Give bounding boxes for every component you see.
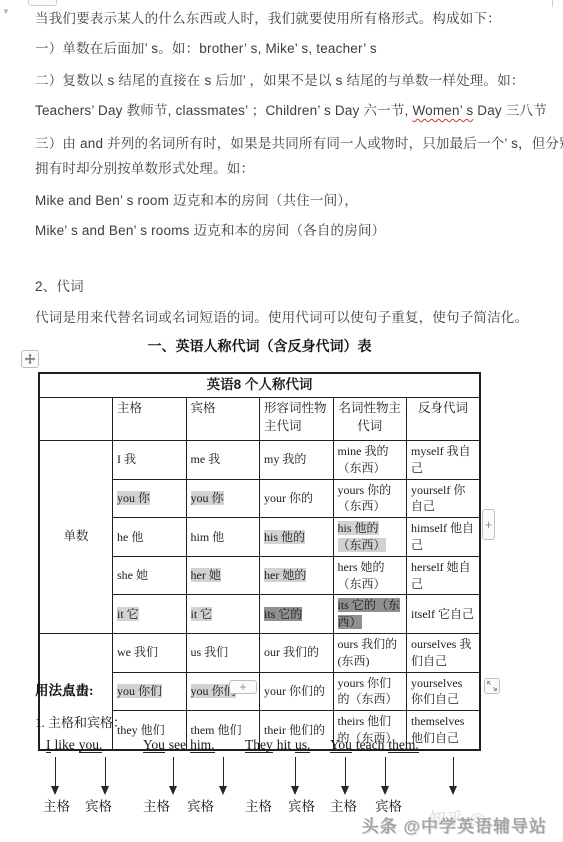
table-cell: myself 我自己 bbox=[407, 441, 481, 480]
table-cell: its 它的 bbox=[260, 595, 334, 634]
section-heading: 2、代词 bbox=[35, 275, 84, 295]
table-cell-text: his 他的 bbox=[264, 530, 305, 544]
paragraph: Teachers’ Day 教师节, classmates’ ；Children… bbox=[35, 99, 547, 119]
paragraph-text: Day 三八节 bbox=[473, 103, 547, 118]
table-row: 单数I 我me 我my 我的mine 我的（东西）myself 我自己 bbox=[39, 441, 480, 480]
table-cell: yourselves 你们自己 bbox=[407, 672, 481, 711]
table-cell-text: its 它的 bbox=[264, 607, 302, 621]
table-cell-text: we 我们 bbox=[117, 645, 158, 659]
table-cell: ourselves 我们自己 bbox=[407, 633, 481, 672]
case-label: 主格 bbox=[330, 795, 357, 815]
table-cell-text: you 你 bbox=[117, 491, 150, 505]
table-cell: himself 他自己 bbox=[407, 518, 481, 557]
example-sentence: Theyhitus. bbox=[245, 737, 314, 753]
table-cell-text: us 我们 bbox=[191, 645, 229, 659]
table-cell: you 你们 bbox=[113, 672, 187, 711]
table-group-label: 单数 bbox=[39, 441, 113, 634]
table-cell: it 它 bbox=[113, 595, 187, 634]
table-cell: my 我的 bbox=[260, 441, 334, 480]
paragraph: 当我们要表示某人的什么东西或人时，我们就要使用所有格形式。构成如下： bbox=[35, 7, 501, 27]
down-arrow-icon bbox=[291, 757, 300, 795]
usage-heading: 用法点击: bbox=[35, 679, 94, 699]
paragraph: Mike’ s and Ben’ s rooms 迈克和本的房间（各自的房间） bbox=[35, 219, 385, 239]
table-cell-text: mine 我的（东西） bbox=[338, 444, 389, 475]
down-arrow-icon bbox=[381, 757, 390, 795]
table-cell-text: hers 她的（东西） bbox=[338, 560, 386, 591]
table-cell-text: she 她 bbox=[117, 568, 148, 582]
table-cell: yourself 你自己 bbox=[407, 479, 481, 518]
underlined-word: us. bbox=[295, 737, 310, 753]
table-cell: his 他的 bbox=[260, 518, 334, 557]
underlined-word: you. bbox=[79, 737, 103, 753]
table-cell: me 我 bbox=[186, 441, 260, 480]
table-cell-text: myself 我自己 bbox=[411, 444, 471, 475]
underlined-word: them. bbox=[388, 737, 418, 753]
table-cell-text: her 她的 bbox=[264, 568, 306, 582]
table-cell: ours 我们的(东西) bbox=[333, 633, 407, 672]
watermark: 头条 @中学英语辅导站 bbox=[362, 812, 547, 837]
table-cell-text: it 它 bbox=[191, 607, 213, 621]
down-arrow-icon bbox=[51, 757, 60, 795]
table-cell-text: I 我 bbox=[117, 452, 136, 466]
underlined-word: him. bbox=[190, 737, 214, 753]
table-header-cell: 名词性物主代词 bbox=[333, 398, 407, 441]
table-cell-text: itself 它自己 bbox=[411, 607, 474, 621]
table-move-handle-icon[interactable] bbox=[21, 350, 39, 368]
table-cell: her 她 bbox=[186, 556, 260, 595]
example-sentence: Youteachthem. bbox=[330, 737, 423, 753]
table-title: 英语8 个人称代词 bbox=[39, 373, 480, 398]
word: teach bbox=[356, 737, 384, 752]
case-label: 宾格 bbox=[85, 795, 112, 815]
pronoun-table: 英语8 个人称代词主格宾格形容词性物主代词名词性物主代词反身代词单数I 我me … bbox=[38, 372, 481, 751]
insert-row-button[interactable]: + bbox=[229, 680, 257, 694]
table-cell: mine 我的（东西） bbox=[333, 441, 407, 480]
table-header-row: 主格宾格形容词性物主代词名词性物主代词反身代词 bbox=[39, 398, 480, 441]
insert-column-button[interactable]: + bbox=[482, 509, 495, 540]
table-cell-text: himself 他自己 bbox=[411, 521, 474, 552]
underlined-word: You bbox=[143, 737, 165, 753]
example-sentence: Youseehim. bbox=[143, 737, 219, 753]
table-cell-text: yourself 你自己 bbox=[411, 483, 465, 514]
table-header-cell: 宾格 bbox=[186, 398, 260, 441]
table-corner-cell bbox=[39, 398, 113, 441]
table-header-cell: 主格 bbox=[113, 398, 187, 441]
down-arrow-icon bbox=[219, 757, 228, 795]
table-cell: your 你的 bbox=[260, 479, 334, 518]
table-cell-text: you 你 bbox=[191, 491, 224, 505]
table-cell: herself 她自己 bbox=[407, 556, 481, 595]
table-cell: you 你 bbox=[186, 479, 260, 518]
table-resize-handle-icon[interactable] bbox=[484, 678, 500, 694]
table-cell: he 他 bbox=[113, 518, 187, 557]
case-label: 主格 bbox=[43, 795, 70, 815]
table-cell-text: you 你们 bbox=[117, 684, 162, 698]
table-caption: 一、英语人称代词（含反身代词）表 bbox=[38, 336, 481, 356]
paragraph: 三）由 and 并列的名词所有时，如果是共同所有同一人或物时，只加最后一个’ s… bbox=[35, 132, 563, 152]
word: like bbox=[55, 737, 75, 752]
page-edge-fragment bbox=[552, 0, 553, 7]
table-cell: us 我们 bbox=[186, 633, 260, 672]
underlined-word: They bbox=[245, 737, 273, 753]
move-icon bbox=[24, 353, 36, 365]
spellcheck-flagged-word: Women’ s bbox=[412, 103, 473, 118]
table-cell: I 我 bbox=[113, 441, 187, 480]
table-cell: you 你 bbox=[113, 479, 187, 518]
down-arrow-icon bbox=[449, 757, 458, 795]
table-cell: him 他 bbox=[186, 518, 260, 557]
table-cell: she 她 bbox=[113, 556, 187, 595]
down-arrow-icon bbox=[169, 757, 178, 795]
heading-collapse-icon[interactable]: ▼ bbox=[2, 8, 10, 16]
table-cell: its 它的（东西） bbox=[333, 595, 407, 634]
table-cell: we 我们 bbox=[113, 633, 187, 672]
paragraph: 一）单数在后面加’ s。如：brother’ s, Mike’ s, teach… bbox=[35, 37, 377, 57]
table-cell-text: ourselves 我们自己 bbox=[411, 637, 471, 668]
table-cell-text: it 它 bbox=[117, 607, 139, 621]
table-cell-text: their 他们的 bbox=[264, 723, 325, 737]
down-arrow-icon bbox=[341, 757, 350, 795]
table-header-cell: 形容词性物主代词 bbox=[260, 398, 334, 441]
word: hit bbox=[277, 737, 291, 752]
table-cell: it 它 bbox=[186, 595, 260, 634]
diagonal-resize-icon bbox=[485, 679, 499, 693]
paragraph: 拥有时却分别按单数形式处理。如： bbox=[35, 157, 254, 177]
table-cell-text: our 我们的 bbox=[264, 645, 319, 659]
down-arrow-icon bbox=[101, 757, 110, 795]
table-cell: yours 你们的（东西） bbox=[333, 672, 407, 711]
table-cell: her 她的 bbox=[260, 556, 334, 595]
table-cell-text: ours 我们的(东西) bbox=[338, 637, 398, 668]
table-cell-text: yours 你的（东西） bbox=[338, 483, 392, 514]
table-cell: yours 你的（东西） bbox=[333, 479, 407, 518]
table-cell-text: your 你们的 bbox=[264, 684, 325, 698]
table-cell: our 我们的 bbox=[260, 633, 334, 672]
paragraph: 二）复数以 s 结尾的直接在 s 后加’ ，如果不是以 s 结尾的与单数一样处理… bbox=[35, 69, 525, 89]
table-cell: itself 它自己 bbox=[407, 595, 481, 634]
case-label: 宾格 bbox=[187, 795, 214, 815]
paragraph-text: Teachers’ Day 教师节, classmates’ ；Children… bbox=[35, 103, 412, 118]
table-cell-text: him 他 bbox=[191, 530, 225, 544]
case-label: 宾格 bbox=[288, 795, 315, 815]
table-cell: hers 她的（东西） bbox=[333, 556, 407, 595]
example-sentence: Ilikeyou. bbox=[46, 737, 106, 753]
table-cell-text: its 它的（东西） bbox=[338, 598, 400, 629]
table-cell-text: he 他 bbox=[117, 530, 143, 544]
case-label: 主格 bbox=[143, 795, 170, 815]
table-cell: his 他的（东西） bbox=[333, 518, 407, 557]
word: see bbox=[169, 737, 186, 752]
table-cell-text: me 我 bbox=[191, 452, 221, 466]
case-label: 主格 bbox=[245, 795, 272, 815]
table-cell-text: his 他的（东西） bbox=[338, 521, 386, 552]
paragraph: 代词是用来代替名词或名词短语的词。使用代词可以使句子重复，使句子简洁化。 bbox=[35, 306, 528, 326]
usage-item-1: 1. 主格和宾格： bbox=[35, 712, 126, 731]
cropped-control-fragment bbox=[28, 0, 57, 6]
table-cell-text: yours 你们的（东西） bbox=[338, 676, 398, 707]
table-cell-text: yourselves 你们自己 bbox=[411, 676, 462, 707]
paragraph: Mike and Ben’ s room 迈克和本的房间（共住一间）， bbox=[35, 189, 358, 209]
table-header-cell: 反身代词 bbox=[407, 398, 481, 441]
document-page: ▼ 当我们要表示某人的什么东西或人时，我们就要使用所有格形式。构成如下： 一）单… bbox=[0, 0, 563, 842]
table-cell: your 你们的 bbox=[260, 672, 334, 711]
table-title-row: 英语8 个人称代词 bbox=[39, 373, 480, 398]
table-cell-text: my 我的 bbox=[264, 452, 306, 466]
table-row: 复数we 我们us 我们our 我们的ours 我们的(东西)ourselves… bbox=[39, 633, 480, 672]
table-cell-text: her 她 bbox=[191, 568, 221, 582]
underlined-word: You bbox=[330, 737, 352, 753]
table-cell-text: them 他们 bbox=[191, 723, 242, 737]
table-cell-text: your 你的 bbox=[264, 491, 313, 505]
table-cell-text: herself 她自己 bbox=[411, 560, 471, 591]
underlined-word: I bbox=[46, 737, 51, 753]
